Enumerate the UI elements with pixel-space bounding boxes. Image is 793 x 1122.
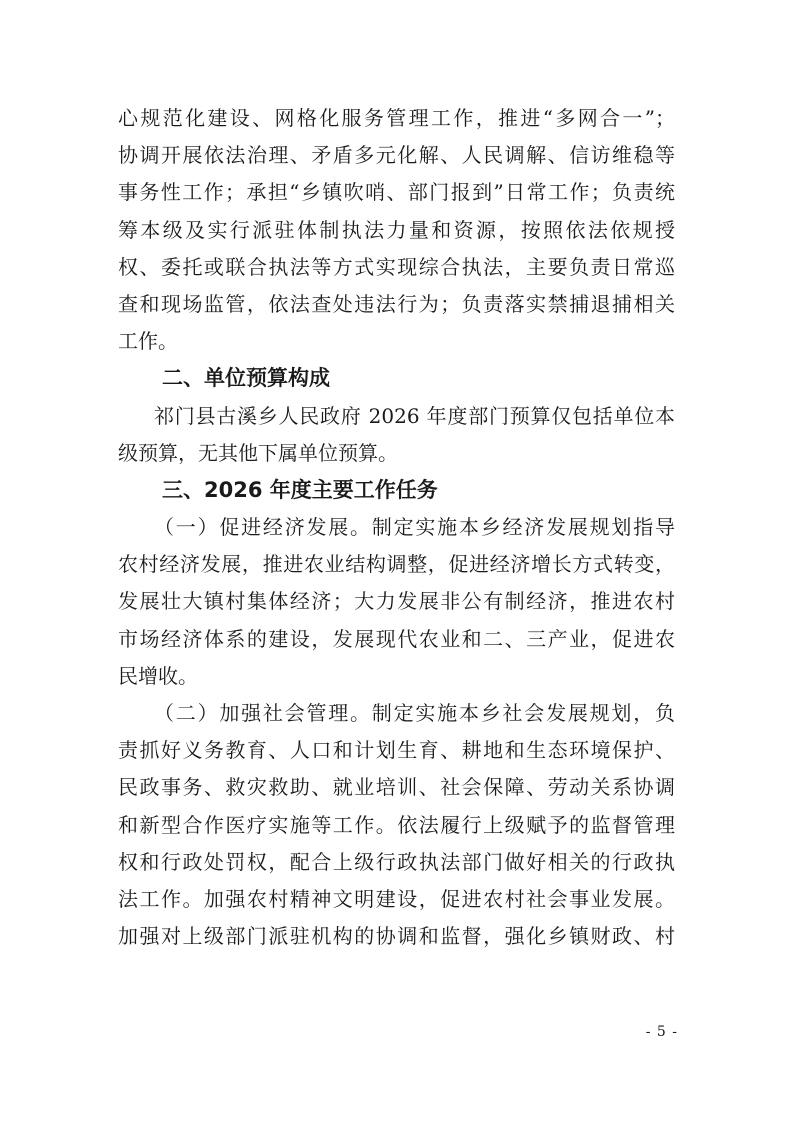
body-line: （二）加强社会管理。制定实施本乡社会发展规划，负 bbox=[118, 695, 675, 732]
body-line: 工作。 bbox=[118, 323, 675, 360]
body-line: 祁门县古溪乡人民政府 2026 年度部门预算仅包括单位本 bbox=[118, 398, 675, 435]
body-line: 事务性工作；承担“乡镇吹哨、部门报到”日常工作；负责统 bbox=[118, 174, 675, 211]
body-line: 民政事务、救灾救助、就业培训、社会保障、劳动关系协调 bbox=[118, 769, 675, 806]
body-line: （一）促进经济发展。制定实施本乡经济发展规划指导 bbox=[118, 509, 675, 546]
body-line: 权、委托或联合执法等方式实现综合执法，主要负责日常巡 bbox=[118, 249, 675, 286]
section-heading-3: 三、2026 年度主要工作任务 bbox=[118, 472, 675, 509]
body-line: 查和现场监管，依法查处违法行为；负责落实禁捕退捕相关 bbox=[118, 286, 675, 323]
body-line: 权和行政处罚权，配合上级行政执法部门做好相关的行政执 bbox=[118, 844, 675, 881]
body-line: 和新型合作医疗实施等工作。依法履行上级赋予的监督管理 bbox=[118, 807, 675, 844]
body-line: 级预算，无其他下属单位预算。 bbox=[118, 435, 675, 472]
body-line: 法工作。加强农村精神文明建设，促进农村社会事业发展。 bbox=[118, 881, 675, 918]
body-line: 协调开展依法治理、矛盾多元化解、人民调解、信访维稳等 bbox=[118, 137, 675, 174]
document-page: 心规范化建设、网格化服务管理工作，推进“多网合一”； 协调开展依法治理、矛盾多元… bbox=[0, 0, 793, 1122]
body-line: 加强对上级部门派驻机构的协调和监督，强化乡镇财政、村 bbox=[118, 918, 675, 955]
document-body: 心规范化建设、网格化服务管理工作，推进“多网合一”； 协调开展依法治理、矛盾多元… bbox=[118, 100, 675, 955]
body-line: 市场经济体系的建设，发展现代农业和二、三产业，促进农 bbox=[118, 621, 675, 658]
body-line: 筹本级及实行派驻体制执法力量和资源，按照依法依规授 bbox=[118, 212, 675, 249]
section-heading-2: 二、单位预算构成 bbox=[118, 360, 675, 397]
body-line: 农村经济发展，推进农业结构调整，促进经济增长方式转变， bbox=[118, 546, 675, 583]
body-line: 民增收。 bbox=[118, 658, 675, 695]
body-line: 心规范化建设、网格化服务管理工作，推进“多网合一”； bbox=[118, 100, 675, 137]
body-line: 责抓好义务教育、人口和计划生育、耕地和生态环境保护、 bbox=[118, 732, 675, 769]
body-line: 发展壮大镇村集体经济；大力发展非公有制经济，推进农村 bbox=[118, 583, 675, 620]
page-number: - 5 - bbox=[646, 1024, 678, 1040]
